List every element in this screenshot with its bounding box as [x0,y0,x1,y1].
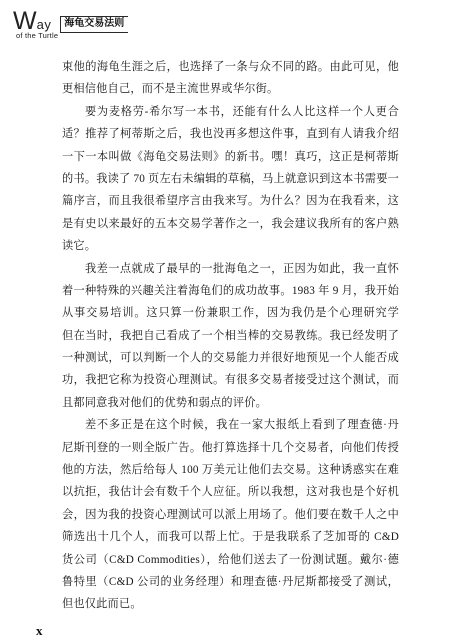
text-line-25: 但也仅此而已。 [62,593,399,615]
text-line-15: 功，我把它称为投资心理测试。有很多交易者接受过这个测试，而 [62,369,399,391]
text-line-14: 一种测试，可以判断一个人的交易能力并很好地预见一个人能否成 [62,347,399,369]
text-line-20: 以抗拒，我估计会有数千个人应征。所以我想，这对我也是个好机 [62,481,399,503]
logo-subtitle-text: of the Turtle [16,32,58,40]
logo-way-text: Way [13,13,58,33]
text-line-22: 筛选出十几个人，而我可以帮上忙。于是我联系了芝加哥的 C&D 期 [62,526,399,548]
preface-text-block: 束他的海龟生涯之后，也选择了一条与众不同的路。由此可见，他 更相信他自己，而不是… [62,56,399,616]
text-line-10: 我差一点就成了最早的一批海龟之一，正因为如此，我一直怀 [62,258,399,280]
logo-wordmark: Way of the Turtle [13,13,58,40]
text-line-13: 但在当时，我把自己看成了一个相当棒的交易教练。我已经发明了 [62,325,399,347]
text-line-5: 一下一本叫做《海龟交易法则》的新书。嘿！真巧，这正是柯蒂斯 [62,146,399,168]
page-number: x [36,623,43,636]
text-line-11: 着一种特殊的兴趣关注着海龟们的成功故事。1983 年 9 月，我开始 [62,280,399,302]
text-line-6: 的书。我读了 70 页左右未编辑的草稿，马上就意识到这本书需要一 [62,168,399,190]
text-line-4: 适？推荐了柯蒂斯之后，我也没再多想这件事，直到有人请我介绍 [62,123,399,145]
text-line-18: 尼斯刊登的一则全版广告。他打算选择十几个交易者，向他们传授 [62,437,399,459]
series-title-box: 海龟交易法则 [60,16,128,33]
text-line-9: 读它。 [62,235,399,257]
text-line-23: 货公司（C&D Commodities），给他们送去了一份测试题。戴尔·德 [62,549,399,571]
text-line-7: 篇序言，而且我很希望序言由我来写。为什么？因为在我看来，这 [62,190,399,212]
text-line-1: 束他的海龟生涯之后，也选择了一条与众不同的路。由此可见，他 [62,56,399,78]
text-line-21: 会，因为我的投资心理测试可以派上用场了。他们要在数千人之中 [62,504,399,526]
text-line-12: 从事交易培训。这只算一份兼职工作，因为我仍是个心理研究学者。 [62,302,399,324]
text-line-17: 差不多正是在这个时候，我在一家大报纸上看到了理查德·丹 [62,414,399,436]
text-line-24: 鲁特里（C&D 公司的业务经理）和理查德·丹尼斯都接受了测试， [62,571,399,593]
book-page: Way of the Turtle 海龟交易法则 束他的海龟生涯之后，也选择了一… [0,0,449,636]
series-title-text: 海龟交易法则 [64,18,124,29]
text-line-16: 且都同意我对他们的优势和弱点的评价。 [62,392,399,414]
book-logo: Way of the Turtle 海龟交易法则 [13,13,128,40]
text-line-3: 要为麦格劳-希尔写一本书，还能有什么人比这样一个人更合 [62,101,399,123]
text-line-8: 是有史以来最好的五本交易学著作之一，我会建议我所有的客户熟 [62,213,399,235]
text-line-2: 更相信他自己，而不是主流世界或华尔街。 [62,78,399,100]
text-line-19: 他的方法，然后给每人 100 万美元让他们去交易。这种诱惑实在难 [62,459,399,481]
